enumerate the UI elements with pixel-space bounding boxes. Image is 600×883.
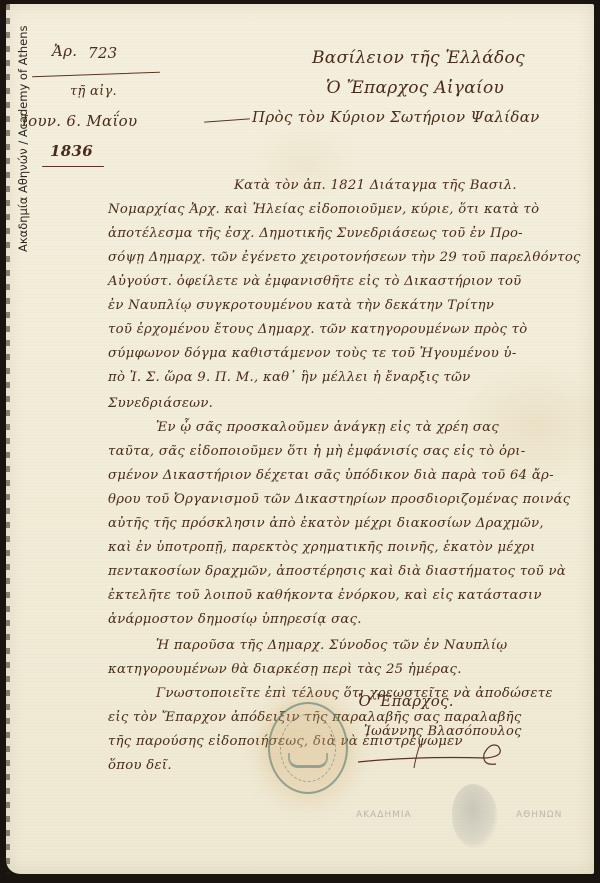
- body-line: σύμφωνον δόγμα καθιστάμενον τοὺς τε τοῦ …: [108, 346, 517, 361]
- body-line: σόψῃ Δημαρχ. τῶν ἐγένετο χειροτονήσεων τ…: [108, 250, 581, 265]
- reference-year: 1836: [50, 142, 93, 160]
- body-line: ἐν Ναυπλίῳ συγκροτουμένου κατὰ τὴν δεκάτ…: [108, 298, 494, 313]
- body-line: ἀποτέλεσμα τῆς ἐσχ. Δημοτικῆς Συνεδριάσε…: [108, 226, 523, 241]
- body-line: Νομαρχίας Ἀρχ. καὶ Ἠλείας εἰδοποιοῦμεν, …: [108, 202, 539, 217]
- body-line: κατηγορουμένων θὰ διαρκέσῃ περὶ τὰς 25 ἡ…: [108, 662, 462, 677]
- manuscript-page: Ακαδημία Αθηνών / Academy of Athens Ἀρ. …: [6, 4, 594, 874]
- body-line: Κατὰ τὸν ἀπ. 1821 Διάταγμα τῆς Βασιλ.: [234, 178, 517, 193]
- heading-kingdom: Βασίλειον τῆς Ἑλλάδος: [312, 48, 525, 68]
- body-line: καὶ ἐν ὑποτροπῇ, παρεκτὸς χρηματικῆς ποι…: [108, 540, 536, 555]
- body-line: Ἡ παροῦσα τῆς Δημαρχ. Σύνοδος τῶν ἐν Ναυ…: [156, 638, 507, 653]
- athena-head-icon: [452, 784, 498, 848]
- official-seal-stamp: [268, 702, 348, 794]
- reference-line2: τῇ αἰγ.: [70, 84, 117, 99]
- addressee-flourish: [204, 118, 250, 122]
- seal-inner-ring: [280, 714, 336, 782]
- body-line: Συνεδριάσεων.: [108, 396, 213, 411]
- seal-ship-icon: [288, 753, 328, 768]
- body-line: ἐκτελῆτε τοῦ λοιποῦ καθήκοντα ἐνόρκου, κ…: [108, 588, 542, 603]
- body-line: Γνωστοποιεῖτε ἐπὶ τέλους ὅτι χρεωστεῖτε …: [156, 686, 553, 701]
- reference-date: Ἰουν. 6. Μαΐου: [20, 112, 137, 130]
- body-line: ὅπου δεῖ.: [108, 758, 172, 773]
- body-line: σμένον Δικαστήριον δέχεται σᾶς ὑπόδικον …: [108, 468, 554, 483]
- body-line: πὸ Ἰ. Σ. ὥρα 9. Π. Μ., καθ᾽ ἣν μέλλει ἡ …: [108, 370, 471, 385]
- closing-title: Ὁ Ἔπαρχος.: [358, 692, 454, 710]
- heading-prefect: Ὁ Ἔπαρχος Αἰγαίου: [326, 78, 504, 98]
- body-line: θρου τοῦ Ὀργανισμοῦ τῶν Δικαστηρίων προσ…: [108, 492, 571, 507]
- stamp-text-left: ΑΚΑΔΗΜΙΑ: [356, 810, 412, 820]
- reference-number: 723: [88, 44, 118, 62]
- body-line: ταῦτα, σᾶς εἰδοποιοῦμεν ὅτι ἡ μὴ ἐμφάνισ…: [108, 444, 526, 459]
- body-line: τοῦ ἐρχομένου ἔτους Δημαρχ. τῶν κατηγορο…: [108, 322, 528, 337]
- body-line: Αὐγούστ. ὀφείλετε νὰ ἐμφανισθῆτε εἰς τὸ …: [108, 274, 522, 289]
- body-line: αὐτῆς τῆς πρόσκλησιν ἀπὸ ἑκατὸν μέχρι δι…: [108, 516, 544, 531]
- body-line: Ἐν ᾧ σᾶς προσκαλοῦμεν ἀνάγκῃ εἰς τὰ χρέη…: [156, 420, 499, 435]
- archive-side-watermark: Ακαδημία Αθηνών / Academy of Athens: [16, 26, 30, 252]
- reference-number-prefix: Ἀρ.: [52, 42, 77, 60]
- stamp-text-right: ΑΘΗΝΩΝ: [516, 810, 562, 820]
- signature-flourish-icon: [356, 742, 506, 770]
- body-line: πεντακοσίων δραχμῶν, ἀποστέρησις καὶ διὰ…: [108, 564, 566, 579]
- signature: Ἰωάννης Βλασόπουλος: [364, 724, 522, 739]
- reference-underline: [32, 72, 160, 77]
- academy-stamp-watermark: ΑΚΑΔΗΜΙΑ ΑΘΗΝΩΝ: [356, 784, 596, 854]
- year-underline: [42, 166, 104, 167]
- body-line: ἀνάρμοστον δημοσίῳ ὑπηρεσίᾳ σας.: [108, 612, 362, 627]
- heading-addressee: Πρὸς τὸν Κύριον Σωτήριον Ψαλίδαν: [252, 108, 540, 126]
